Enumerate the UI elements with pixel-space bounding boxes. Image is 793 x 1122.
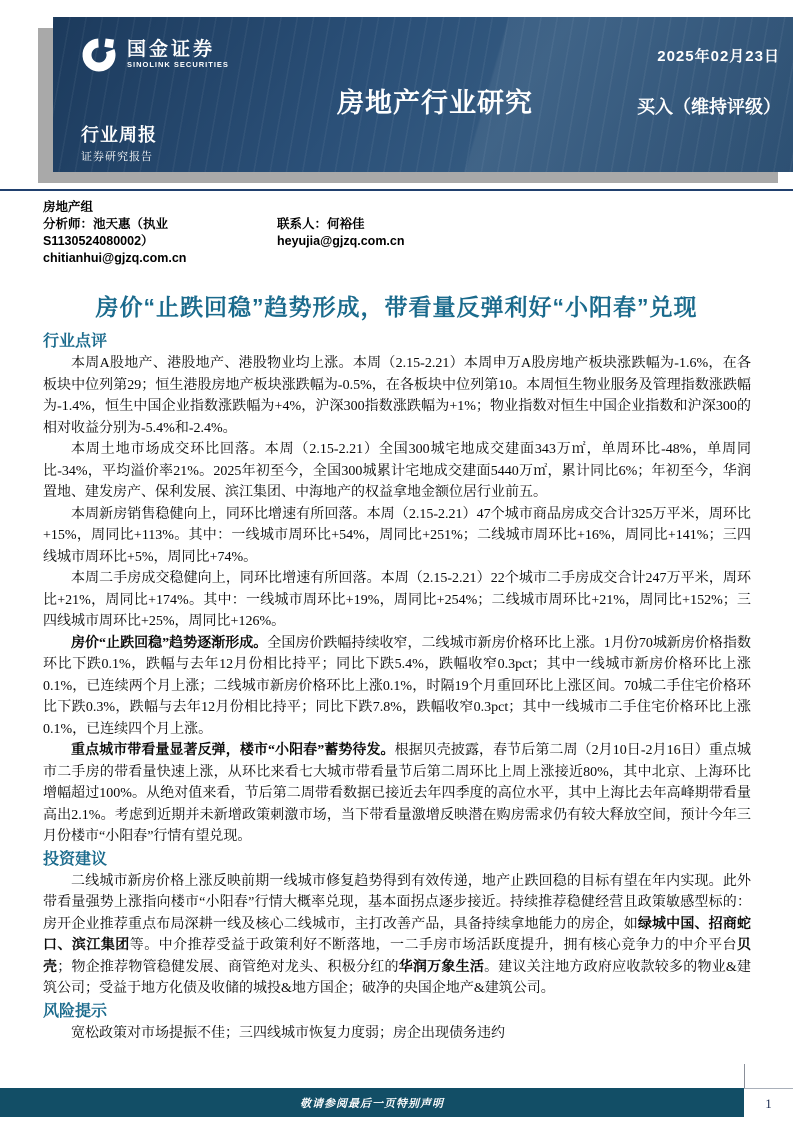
report-header-banner: 国金证券 SINOLINK SECURITIES 2025年02月23日 房地产…	[53, 17, 793, 172]
analyst-email: chitianhui@gjzq.com.cn	[43, 250, 275, 267]
brand-logo: 国金证券 SINOLINK SECURITIES	[79, 35, 229, 75]
body-paragraph: 本周二手房成交稳健向上，同环比增速有所回落。本周（2.15-2.21）22个城市…	[43, 568, 751, 633]
report-date: 2025年02月23日	[657, 45, 780, 66]
body-paragraph: 本周A股地产、港股地产、港股物业均上涨。本周（2.15-2.21）本周申万A股房…	[43, 353, 751, 439]
brand-text: 国金证券 SINOLINK SECURITIES	[127, 40, 229, 70]
contact-email: heyujia@gjzq.com.cn	[277, 233, 517, 250]
text-run: 等。中介推荐受益于政策利好不断落地，一二手房市场活跃度提升，拥有核心竞争力的中介…	[130, 938, 737, 953]
analyst-license: S1130524080002）	[43, 233, 275, 250]
body-paragraph: 房价“止跌回稳”趋势逐渐形成。全国房价跌幅持续收窄，二线城市新房价格环比上涨。1…	[43, 633, 751, 741]
body-paragraph: 本周新房销售稳健向上，同环比增速有所回落。本周（2.15-2.21）47个城市商…	[43, 504, 751, 569]
rating-badge: 买入（维持评级）	[637, 93, 781, 119]
analyst-block: 房地产组 分析师：池天惠（执业 S1130524080002） chitianh…	[43, 199, 275, 267]
text-run: 本周A股地产、港股地产、港股物业均上涨。本周（2.15-2.21）本周申万A股房…	[43, 356, 751, 436]
report-category: 证券研究报告	[81, 148, 153, 164]
text-run: 本周土地市场成交环比回落。本周（2.15-2.21）全国300城宅地成交建面34…	[43, 442, 751, 500]
brand-name-en: SINOLINK SECURITIES	[127, 60, 229, 70]
body-paragraph: 本周土地市场成交环比回落。本周（2.15-2.21）全国300城宅地成交建面34…	[43, 439, 751, 504]
page-number-divider	[744, 1064, 745, 1088]
header-divider-rule	[0, 189, 793, 191]
bold-text-run: 华润万象生活	[399, 960, 484, 975]
page-headline: 房价“止跌回稳”趋势形成，带看量反弹利好“小阳春”兑现	[30, 289, 763, 322]
team-name: 房地产组	[43, 199, 275, 216]
report-page: 国金证券 SINOLINK SECURITIES 2025年02月23日 房地产…	[0, 0, 793, 1122]
report-type: 行业周报	[81, 121, 157, 147]
body-paragraph: 宽松政策对市场提振不佳；三四线城市恢复力度弱；房企出现债务违约	[43, 1023, 751, 1045]
bold-text-run: 房价“止跌回稳”趋势逐渐形成。	[71, 636, 267, 651]
contact-block: 联系人：何裕佳 heyujia@gjzq.com.cn	[277, 216, 517, 250]
text-run: 本周新房销售稳健向上，同环比增速有所回落。本周（2.15-2.21）47个城市商…	[43, 507, 751, 565]
brand-name-cn: 国金证券	[127, 40, 229, 60]
footer-bar: 敬请参阅最后一页特别声明	[0, 1088, 744, 1117]
text-run: 根据贝壳披露，春节后第二周（2月10日-2月16日）重点城市二手房的带看量快速上…	[43, 743, 751, 844]
footer-disclaimer: 敬请参阅最后一页特别声明	[300, 1095, 444, 1111]
report-title: 房地产行业研究	[337, 81, 533, 120]
section-heading: 投资建议	[43, 848, 751, 871]
bold-text-run: 重点城市带看量显著反弹，楼市“小阳春”蓄势待发。	[71, 743, 395, 758]
sinolink-ring-icon	[79, 35, 119, 75]
section-heading: 风险提示	[43, 1000, 751, 1023]
text-run: ；物企推荐物管稳健发展、商管绝对龙头、积极分红的	[57, 960, 398, 975]
text-run: 宽松政策对市场提振不佳；三四线城市恢复力度弱；房企出现债务违约	[71, 1026, 505, 1041]
analyst-name-line: 分析师：池天惠（执业	[43, 216, 275, 233]
body-paragraph: 二线城市新房价格上涨反映前期一线城市修复趋势得到有效传递，地产止跌回稳的目标有望…	[43, 871, 751, 1000]
page-number: 1	[744, 1088, 793, 1118]
text-run: 本周二手房成交稳健向上，同环比增速有所回落。本周（2.15-2.21）22个城市…	[43, 571, 751, 629]
body-paragraph: 重点城市带看量显著反弹，楼市“小阳春”蓄势待发。根据贝壳披露，春节后第二周（2月…	[43, 740, 751, 848]
contact-name-line: 联系人：何裕佳	[277, 216, 517, 233]
body-sections: 行业点评本周A股地产、港股地产、港股物业均上涨。本周（2.15-2.21）本周申…	[43, 330, 751, 1044]
section-heading: 行业点评	[43, 330, 751, 353]
